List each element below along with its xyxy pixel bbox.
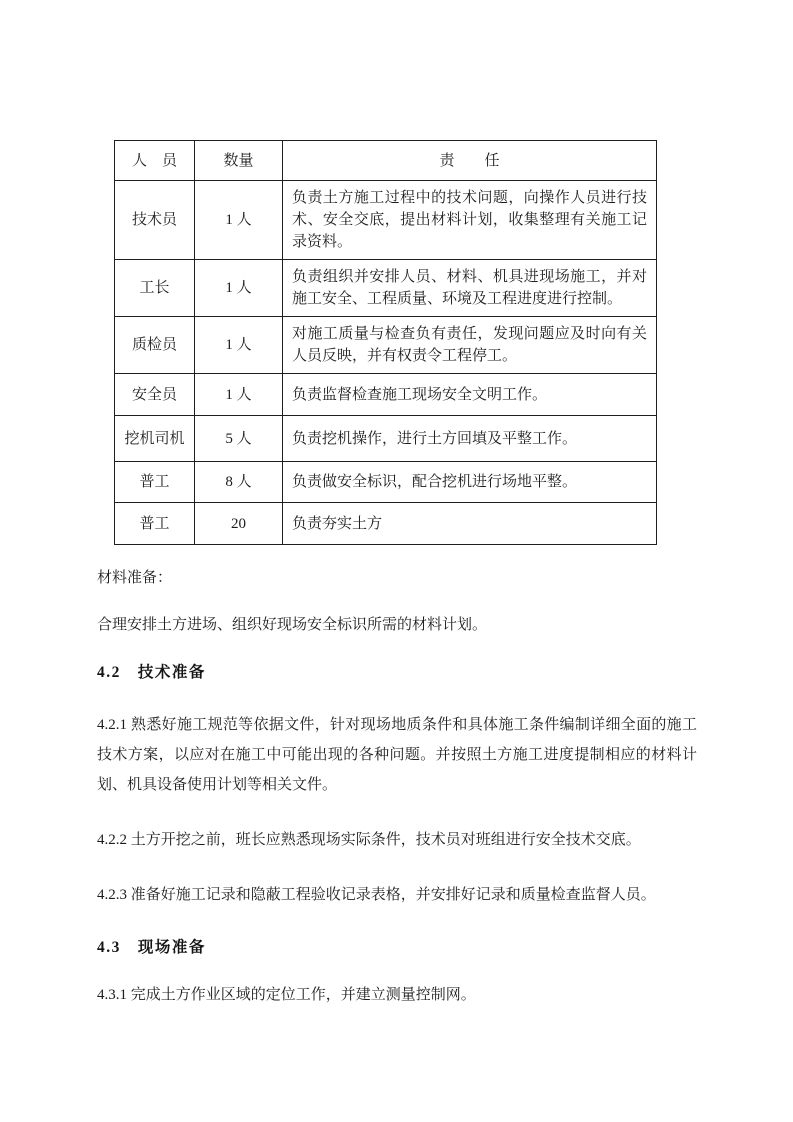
paragraph-4-2-2: 4.2.2 土方开挖之前，班长应熟悉现场实际条件，技术员对班组进行安全技术交底。 bbox=[97, 825, 697, 855]
cell-quantity: 8 人 bbox=[195, 462, 283, 503]
cell-quantity: 5 人 bbox=[195, 416, 283, 462]
cell-responsibility: 负责组织并安排人员、材料、机具进现场施工，并对施工安全、工程质量、环境及工程进度… bbox=[283, 260, 657, 317]
header-personnel: 人 员 bbox=[115, 141, 195, 181]
cell-responsibility: 对施工质量与检查负有责任，发现问题应及时向有关人员反映，并有权责令工程停工。 bbox=[283, 317, 657, 374]
table-header-row: 人 员 数量 责 任 bbox=[115, 141, 657, 181]
cell-responsibility: 负责土方施工过程中的技术问题，向操作人员进行技术、安全交底，提出材料计划，收集整… bbox=[283, 181, 657, 260]
cell-responsibility: 负责做安全标识，配合挖机进行场地平整。 bbox=[283, 462, 657, 503]
cell-quantity: 20 bbox=[195, 503, 283, 545]
cell-quantity: 1 人 bbox=[195, 374, 283, 416]
cell-personnel: 工长 bbox=[115, 260, 195, 317]
table-row: 普工 20 负责夯实土方 bbox=[115, 503, 657, 545]
paragraph-4-3-1: 4.3.1 完成土方作业区域的定位工作，并建立测量控制网。 bbox=[97, 980, 697, 1010]
paragraph-4-2-1: 4.2.1 熟悉好施工规范等依据文件，针对现场地质条件和具体施工条件编制详细全面… bbox=[97, 710, 697, 800]
table-row: 工长 1 人 负责组织并安排人员、材料、机具进现场施工，并对施工安全、工程质量、… bbox=[115, 260, 657, 317]
table-row: 挖机司机 5 人 负责挖机操作，进行土方回填及平整工作。 bbox=[115, 416, 657, 462]
cell-responsibility: 负责挖机操作，进行土方回填及平整工作。 bbox=[283, 416, 657, 462]
cell-quantity: 1 人 bbox=[195, 260, 283, 317]
cell-responsibility: 负责监督检查施工现场安全文明工作。 bbox=[283, 374, 657, 416]
document-content: 人 员 数量 责 任 技术员 1 人 负责土方施工过程中的技术问题，向操作人员进… bbox=[0, 0, 793, 1010]
table-row: 质检员 1 人 对施工质量与检查负有责任，发现问题应及时向有关人员反映，并有权责… bbox=[115, 317, 657, 374]
cell-personnel: 质检员 bbox=[115, 317, 195, 374]
cell-quantity: 1 人 bbox=[195, 181, 283, 260]
cell-personnel: 普工 bbox=[115, 462, 195, 503]
table-row: 普工 8 人 负责做安全标识，配合挖机进行场地平整。 bbox=[115, 462, 657, 503]
heading-4-2-technical-prep: 4.2 技术准备 bbox=[97, 658, 697, 688]
cell-personnel: 挖机司机 bbox=[115, 416, 195, 462]
table-row: 技术员 1 人 负责土方施工过程中的技术问题，向操作人员进行技术、安全交底，提出… bbox=[115, 181, 657, 260]
header-responsibility: 责 任 bbox=[283, 141, 657, 181]
paragraph-4-2-3: 4.2.3 准备好施工记录和隐蔽工程验收记录表格，并安排好记录和质量检查监督人员… bbox=[97, 880, 697, 910]
personnel-duty-table: 人 员 数量 责 任 技术员 1 人 负责土方施工过程中的技术问题，向操作人员进… bbox=[114, 140, 657, 545]
cell-responsibility: 负责夯实土方 bbox=[283, 503, 657, 545]
material-prep-label: 材料准备： bbox=[97, 563, 697, 593]
document-page: 人 员 数量 责 任 技术员 1 人 负责土方施工过程中的技术问题，向操作人员进… bbox=[0, 0, 793, 1122]
heading-4-3-site-prep: 4.3 现场准备 bbox=[97, 933, 697, 963]
cell-quantity: 1 人 bbox=[195, 317, 283, 374]
cell-personnel: 技术员 bbox=[115, 181, 195, 260]
material-prep-text: 合理安排土方进场、组织好现场安全标识所需的材料计划。 bbox=[97, 610, 697, 640]
table-row: 安全员 1 人 负责监督检查施工现场安全文明工作。 bbox=[115, 374, 657, 416]
cell-personnel: 普工 bbox=[115, 503, 195, 545]
header-quantity: 数量 bbox=[195, 141, 283, 181]
cell-personnel: 安全员 bbox=[115, 374, 195, 416]
